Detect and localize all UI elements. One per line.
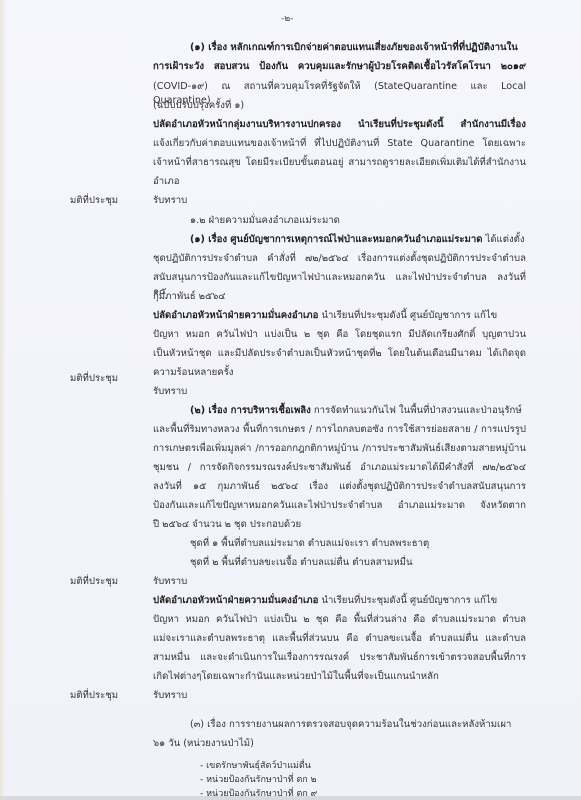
item3-report-bold: ปลัดอำเภอหัวหน้าฝ่ายความมั่นคงอำเภอ — [153, 595, 318, 606]
item3-line-5: ป้องกันและแก้ไขปัญหาหมอกควันและไฟป่าประจ… — [153, 499, 526, 513]
item3-line-1: และพื้นที่ริมทางหลวง พื้นที่การเกษตร / ก… — [153, 423, 526, 437]
scan-left-edge — [0, 0, 6, 800]
item2-title: (๑) เรื่อง ศูนย์บัญชาการเหตุการณ์ไฟป่าแล… — [190, 233, 525, 247]
item3-resolution-label: มติที่ประชุม — [70, 575, 118, 589]
item2-report-rest: นำเรียนที่ประชุมดังนี้ ศูนย์บัญชาการ แก้… — [318, 310, 497, 321]
item3-title: (๒) เรื่อง การบริหารเชื้อเพลิง การจัดทำแ… — [190, 404, 522, 418]
item2-report-first: ปลัดอำเภอหัวหน้าฝ่ายความมั่นคงอำเภอ นำเร… — [153, 309, 497, 323]
item3-line-4: ลงวันที่ ๑๕ กุมภาพันธ์ ๒๕๖๔ เรื่อง แต่งต… — [153, 480, 526, 494]
item3-report-first: ปลัดอำเภอหัวหน้าฝ่ายความมั่นคงอำเภอ นำเร… — [153, 594, 497, 608]
item1-resolution: รับทราบ — [153, 194, 187, 208]
item3-report-rest: นำเรียนที่ประชุมดังนี้ ศูนย์บัญชาการ แก้… — [318, 595, 497, 606]
item3-resolution2: รับทราบ — [153, 689, 187, 703]
item3-resolution: รับทราบ — [153, 575, 187, 589]
item1-title-line-2: การเฝ้าระวัง สอบสวน ป้องกัน ควบคุมและรัก… — [153, 60, 526, 74]
item2-line-3: กุมภาพันธ์ ๒๕๖๔ — [153, 290, 226, 304]
item3-team-2: ชุดที่ ๒ พื้นที่ตำบลขะเนจื้อ ตำบลแม่ตื่น… — [190, 556, 413, 570]
section-subheading: ๑.๒ ฝ่ายความมั่นคงอำเภอแม่ระมาด — [190, 214, 340, 228]
item2-title-rest: ได้แต่งตั้ง — [482, 234, 524, 245]
item3-title-rest: การจัดทำแนวกันไฟ ในพื้นที่ป่าสงวนและป่าอ… — [311, 405, 522, 416]
scan-bottom-edge — [0, 796, 581, 800]
item1-title-line-1: (๑) เรื่อง หลักเกณฑ์การเบิกจ่ายค่าตอบแทน… — [190, 41, 518, 55]
item3-report-line-2: แม่จะเราและตำบลพระธาตุ และพื้นที่ส่วนบน … — [153, 632, 526, 646]
item3-line-3: ชุมชน / การจัดกิจกรรมรณรงค์ประชาสัมพันธ์… — [153, 461, 526, 475]
item2-report-line-1: ปัญหา หมอก ควันไฟป่า แบ่งเป็น ๒ ชุด คือ … — [153, 328, 526, 342]
item1-title-line-4: (ฉบับปรับปรุงครั้งที่ ๑) — [153, 99, 244, 113]
item4-title-line-1: (๓) เรื่อง การรายงานผลการตรวจสอบจุดความร… — [190, 718, 511, 732]
item4-bullet-2: - หน่วยป้องกันรักษาป่าที่ ตก ๒ — [200, 773, 317, 787]
item4-title-line-2: ๖๑ วัน (หน่วยงานป่าไม้) — [153, 737, 254, 751]
item3-line-6: ปี ๒๕๖๔ จำนวน ๒ ชุด ประกอบด้วย — [153, 518, 301, 532]
item3-team-1: ชุดที่ ๑ พื้นที่ตำบลแม่ระมาด ตำบลแม่จะเร… — [190, 537, 429, 551]
item4-bullet-1: - เขตรักษาพันธุ์สัตว์ป่าแม่ตื่น — [200, 759, 311, 773]
item2-report-bold: ปลัดอำเภอหัวหน้าฝ่ายความมั่นคงอำเภอ — [153, 310, 318, 321]
item2-report-line-2: เป็นหัวหน้าชุด และมีปลัดประจำตำบลเป็นหัว… — [153, 347, 526, 361]
item1-resolution-label: มติที่ประชุม — [70, 194, 118, 208]
item2-line-1: ชุดปฏิบัติการประจำตำบล คำสั่งที่ ๗๒/๒๕๖๔… — [153, 252, 526, 266]
item3-title-bold: (๒) เรื่อง การบริหารเชื้อเพลิง — [190, 405, 311, 416]
item2-resolution-label: มติที่ประชุม — [70, 372, 118, 386]
item3-report-line-1: ปัญหา หมอก ควันไฟป่า แบ่งเป็น ๒ ชุด คือ … — [153, 613, 526, 627]
item1-report-line-4: อำเภอ — [153, 175, 180, 189]
document-page: -๒- (๑) เรื่อง หลักเกณฑ์การเบิกจ่ายค่าตอ… — [0, 0, 581, 796]
page-number: -๒- — [281, 11, 293, 25]
item3-report-line-4: เกิดไฟต่างๆโดยเฉพาะกำนันและหน่วยป่าไม้ใน… — [153, 670, 439, 684]
item3-resolution2-label: มติที่ประชุม — [70, 689, 118, 703]
item3-line-2: การเกษตรเพื่อเพิ่มมูลค่า /การออกกฎกติกาห… — [153, 442, 526, 456]
item2-title-bold: (๑) เรื่อง ศูนย์บัญชาการเหตุการณ์ไฟป่าแล… — [190, 234, 482, 245]
item1-report-line-2: แจ้งเกี่ยวกับค่าตอบแทนของเจ้าหน้าที่ ที่… — [153, 137, 526, 151]
item2-report-line-3: ความร้อนหลายครั้ง — [153, 366, 233, 380]
item3-report-line-3: สามหมื่น และจะดำเนินการในเรื่องการรณรงค์… — [153, 651, 526, 665]
item1-report-line-1: ปลัดอำเภอหัวหน้ากลุ่มงานบริหารงานปกครอง … — [153, 118, 526, 132]
item1-report-line-3: เจ้าหน้าที่สาธารณสุข โดยมีระเบียบขั้นตอน… — [153, 156, 526, 170]
item2-resolution: รับทราบ — [153, 385, 187, 399]
